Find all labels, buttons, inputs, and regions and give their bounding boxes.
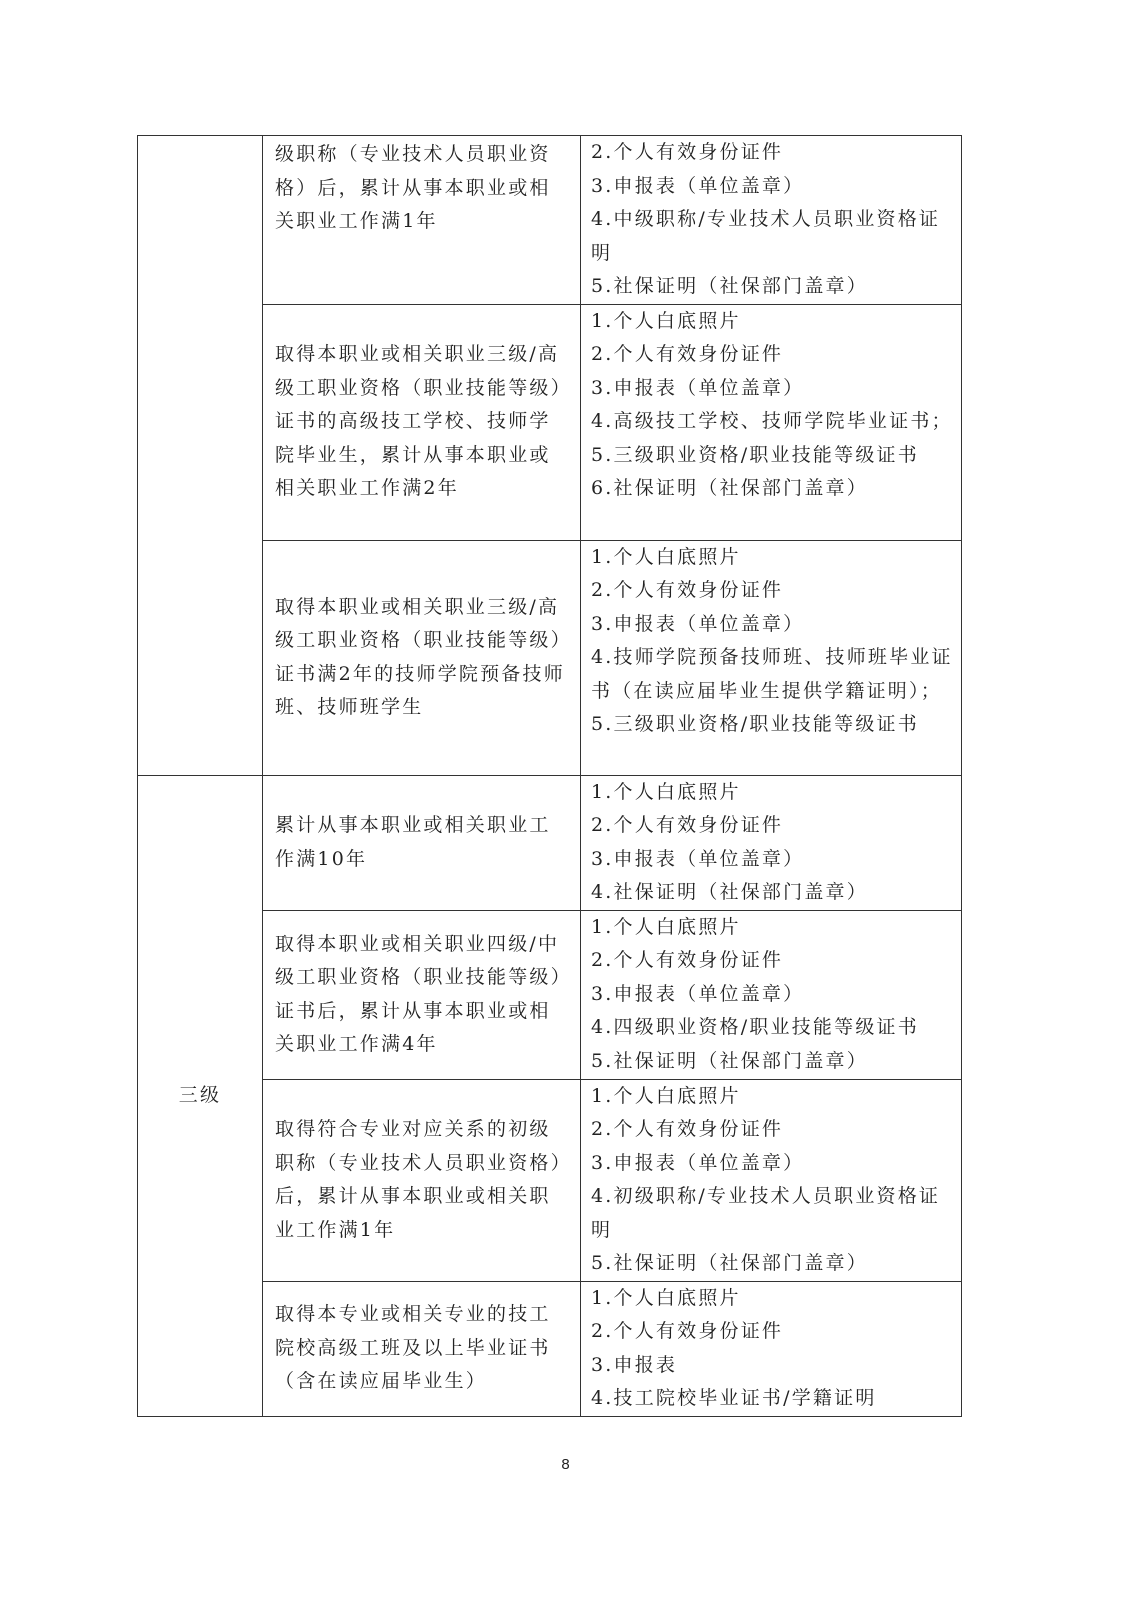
material-item: 1.个人白底照片 bbox=[591, 1282, 953, 1316]
material-item: 2.个人有效身份证件 bbox=[591, 809, 953, 843]
material-item: 1.个人白底照片 bbox=[591, 305, 953, 339]
material-item: 4.初级职称/专业技术人员职业资格证明 bbox=[591, 1180, 953, 1247]
material-item: 2.个人有效身份证件 bbox=[591, 338, 953, 372]
material-item: 3.申报表（单位盖章） bbox=[591, 372, 953, 406]
material-item: 6.社保证明（社保部门盖章） bbox=[591, 472, 953, 506]
condition-text: 累计从事本职业或相关职业工作满10年 bbox=[275, 809, 568, 876]
material-item: 3.申报表（单位盖章） bbox=[591, 608, 953, 642]
condition-cell: 取得本专业或相关专业的技工院校高级工班及以上毕业证书（含在读应届毕业生） bbox=[263, 1281, 581, 1416]
condition-text: 级职称（专业技术人员职业资格）后，累计从事本职业或相关职业工作满1年 bbox=[275, 138, 568, 239]
material-item: 2.个人有效身份证件 bbox=[591, 1315, 953, 1349]
material-item: 5.三级职业资格/职业技能等级证书 bbox=[591, 708, 953, 742]
material-item: 2.个人有效身份证件 bbox=[591, 944, 953, 978]
material-item: 4.社保证明（社保部门盖章） bbox=[591, 876, 953, 910]
material-item: 3.申报表 bbox=[591, 1349, 953, 1383]
condition-text: 取得本职业或相关职业四级/中级工职业资格（职业技能等级）证书后，累计从事本职业或… bbox=[275, 928, 568, 1062]
document-page: 级职称（专业技术人员职业资格）后，累计从事本职业或相关职业工作满1年 2.个人有… bbox=[0, 0, 1131, 1600]
material-item: 1.个人白底照片 bbox=[591, 541, 953, 575]
materials-cell: 1.个人白底照片 2.个人有效身份证件 3.申报表（单位盖章） 4.社保证明（社… bbox=[581, 775, 962, 910]
condition-cell: 累计从事本职业或相关职业工作满10年 bbox=[263, 775, 581, 910]
material-item: 1.个人白底照片 bbox=[591, 776, 953, 810]
material-item: 4.技工院校毕业证书/学籍证明 bbox=[591, 1382, 953, 1416]
level-cell bbox=[138, 136, 263, 776]
material-item: 3.申报表（单位盖章） bbox=[591, 1147, 953, 1181]
material-item: 5.三级职业资格/职业技能等级证书 bbox=[591, 439, 953, 473]
condition-text: 取得本职业或相关职业三级/高级工职业资格（职业技能等级）证书满2年的技师学院预备… bbox=[275, 591, 568, 725]
materials-cell: 1.个人白底照片 2.个人有效身份证件 3.申报表 4.技工院校毕业证书/学籍证… bbox=[581, 1281, 962, 1416]
material-item: 4.技师学院预备技师班、技师班毕业证书（在读应届毕业生提供学籍证明）； bbox=[591, 641, 953, 708]
condition-text: 取得本专业或相关专业的技工院校高级工班及以上毕业证书（含在读应届毕业生） bbox=[275, 1298, 568, 1399]
material-item: 3.申报表（单位盖章） bbox=[591, 843, 953, 877]
level-cell: 三级 bbox=[138, 775, 263, 1416]
materials-cell: 2.个人有效身份证件 3.申报表（单位盖章） 4.中级职称/专业技术人员职业资格… bbox=[581, 136, 962, 305]
condition-cell: 取得本职业或相关职业三级/高级工职业资格（职业技能等级）证书的高级技工学校、技师… bbox=[263, 304, 581, 540]
table-row: 三级 累计从事本职业或相关职业工作满10年 1.个人白底照片 2.个人有效身份证… bbox=[138, 775, 962, 910]
material-item: 3.申报表（单位盖章） bbox=[591, 170, 953, 204]
material-item: 3.申报表（单位盖章） bbox=[591, 978, 953, 1012]
condition-text: 取得符合专业对应关系的初级职称（专业技术人员职业资格）后，累计从事本职业或相关职… bbox=[275, 1113, 568, 1247]
material-item: 5.社保证明（社保部门盖章） bbox=[591, 270, 953, 304]
condition-cell: 取得本职业或相关职业三级/高级工职业资格（职业技能等级）证书满2年的技师学院预备… bbox=[263, 540, 581, 775]
page-number: 8 bbox=[0, 1456, 1131, 1473]
material-item: 2.个人有效身份证件 bbox=[591, 1113, 953, 1147]
material-item: 2.个人有效身份证件 bbox=[591, 136, 953, 170]
material-item: 1.个人白底照片 bbox=[591, 911, 953, 945]
materials-cell: 1.个人白底照片 2.个人有效身份证件 3.申报表（单位盖章） 4.技师学院预备… bbox=[581, 540, 962, 775]
materials-cell: 1.个人白底照片 2.个人有效身份证件 3.申报表（单位盖章） 4.四级职业资格… bbox=[581, 910, 962, 1079]
material-item: 2.个人有效身份证件 bbox=[591, 574, 953, 608]
material-item: 5.社保证明（社保部门盖章） bbox=[591, 1247, 953, 1281]
condition-cell: 取得本职业或相关职业四级/中级工职业资格（职业技能等级）证书后，累计从事本职业或… bbox=[263, 910, 581, 1079]
materials-cell: 1.个人白底照片 2.个人有效身份证件 3.申报表（单位盖章） 4.高级技工学校… bbox=[581, 304, 962, 540]
requirements-table: 级职称（专业技术人员职业资格）后，累计从事本职业或相关职业工作满1年 2.个人有… bbox=[137, 135, 962, 1417]
materials-cell: 1.个人白底照片 2.个人有效身份证件 3.申报表（单位盖章） 4.初级职称/专… bbox=[581, 1079, 962, 1281]
table-row: 级职称（专业技术人员职业资格）后，累计从事本职业或相关职业工作满1年 2.个人有… bbox=[138, 136, 962, 305]
material-item: 4.高级技工学校、技师学院毕业证书； bbox=[591, 405, 953, 439]
material-item: 4.四级职业资格/职业技能等级证书 bbox=[591, 1011, 953, 1045]
material-item: 5.社保证明（社保部门盖章） bbox=[591, 1045, 953, 1079]
condition-cell: 取得符合专业对应关系的初级职称（专业技术人员职业资格）后，累计从事本职业或相关职… bbox=[263, 1079, 581, 1281]
condition-text: 取得本职业或相关职业三级/高级工职业资格（职业技能等级）证书的高级技工学校、技师… bbox=[275, 338, 568, 506]
condition-cell: 级职称（专业技术人员职业资格）后，累计从事本职业或相关职业工作满1年 bbox=[263, 136, 581, 305]
material-item: 1.个人白底照片 bbox=[591, 1080, 953, 1114]
material-item: 4.中级职称/专业技术人员职业资格证明 bbox=[591, 203, 953, 270]
